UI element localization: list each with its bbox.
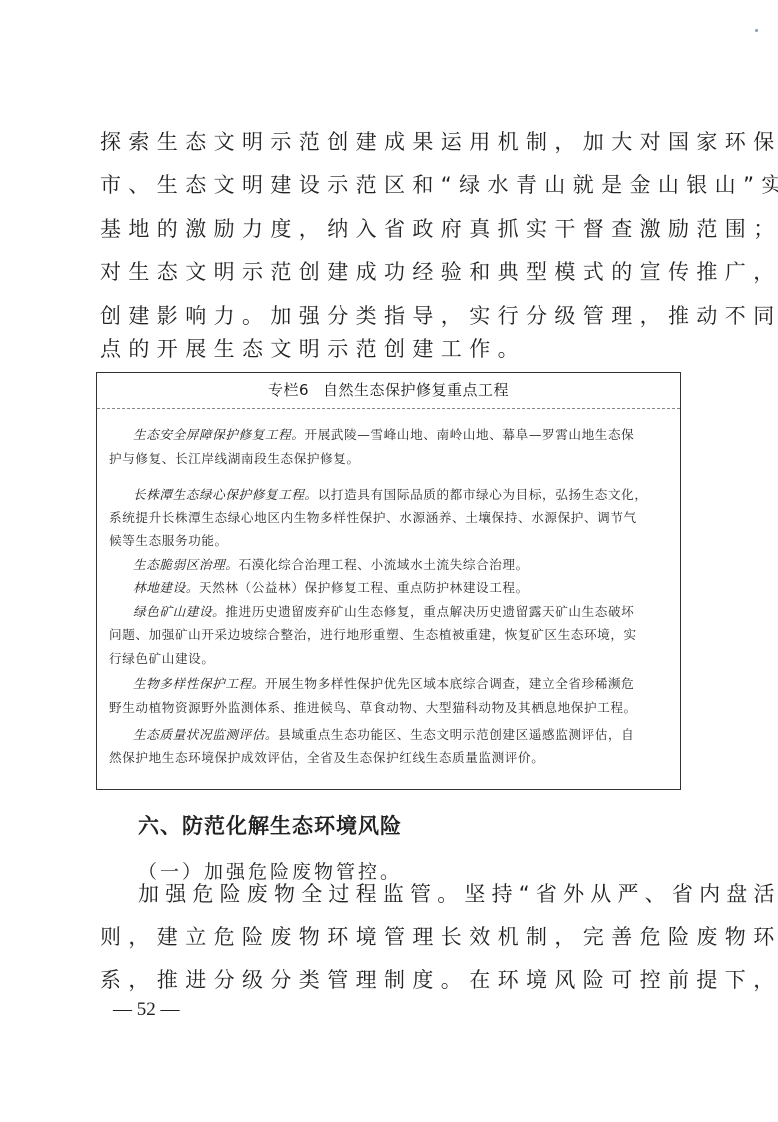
- box-item-5-line-3: 行绿色矿山建设。: [109, 650, 674, 668]
- box-item-4-line-1: 林地建设。天然林（公益林）保护修复工程、重点防护林建设工程。: [133, 579, 698, 597]
- intro-line-3: 基地的激励力度，纳入省政府真抓实干督查激励范围；持续加强: [100, 214, 690, 244]
- box-item-6-lead: 生物多样性保护工程。: [133, 676, 265, 691]
- box-title-text: 自然生态保护修复重点工程: [323, 381, 509, 399]
- box-item-2-line-1: 长株潭生态绿心保护修复工程。以打造具有国际品质的都市绿心为目标，弘扬生态文化，: [133, 486, 698, 504]
- intro-line-4: 对生态文明示范创建成功经验和典型模式的宣传推广，提升示范: [100, 257, 690, 287]
- intro-line-2: 市、生态文明建设示范区和“绿水青山就是金山银山”实践创新: [100, 170, 690, 200]
- box-item-2-line-3: 候等生态服务功能。: [109, 532, 674, 550]
- intro-line-6: 点的开展生态文明示范创建工作。: [100, 334, 690, 364]
- feature-box: 专栏6自然生态保护修复重点工程 生态安全屏障保护修复工程。开展武陵—雪峰山地、南…: [96, 372, 681, 790]
- body-line-1: 加强危险废物全过程监管。坚持“省外从严、省内盘活”原: [138, 879, 690, 909]
- box-item-2-line-2: 系统提升长株潭生态绿心地区内生物多样性保护、水源涵养、土壤保持、水源保护、调节气: [109, 509, 674, 527]
- box-item-5-line-2: 问题、加强矿山开采边坡综合整治，进行地形重塑、生态植被重建，恢复矿区生态环境，实: [109, 626, 674, 644]
- body-line-3: 系，推进分级分类管理制度。在环境风险可控前提下，开展危险: [100, 965, 690, 995]
- box-title-number: 专栏6: [268, 381, 309, 399]
- box-title: 专栏6自然生态保护修复重点工程: [97, 373, 680, 409]
- box-item-5-line-1: 绿色矿山建设。推进历史遗留废弃矿山生态修复，重点解决历史遗留露天矿山生态破坏: [133, 603, 698, 621]
- section-heading: 六、防范化解生态环境风险: [138, 811, 402, 841]
- box-item-2-lead: 长株潭生态绿心保护修复工程。: [133, 487, 318, 502]
- box-item-6-line-2: 野生动植物资源野外监测体系、推进候鸟、草食动物、大型猫科动物及其栖息地保护工程。: [109, 699, 674, 717]
- box-item-7-line-1: 生态质量状况监测评估。县域重点生态功能区、生态文明示范创建区遥感监测评估，自: [133, 726, 698, 744]
- box-item-7-lead: 生态质量状况监测评估。: [133, 727, 278, 742]
- box-item-1-lead: 生态安全屏障保护修复工程。: [133, 427, 305, 442]
- box-item-6-line-1: 生物多样性保护工程。开展生物多样性保护优先区域本底综合调查，建立全省珍稀濒危: [133, 675, 698, 693]
- box-item-3-line-1: 生态脆弱区治理。石漠化综合治理工程、小流域水土流失综合治理。: [133, 556, 698, 574]
- box-item-1-line-2: 护与修复、长江岸线湖南段生态保护修复。: [109, 450, 674, 468]
- box-item-4-lead: 林地建设。: [133, 580, 199, 595]
- intro-line-5: 创建影响力。加强分类指导，实行分级管理，推动不同地区有重: [100, 301, 690, 331]
- page-number: — 52 —: [113, 997, 180, 1023]
- body-line-2: 则，建立危险废物环境管理长效机制，完善危险废物环境管理体: [100, 922, 690, 952]
- scan-speck: [755, 29, 758, 32]
- box-item-7-line-2: 然保护地生态环境保护成效评估，全省及生态保护红线生态质量监测评价。: [109, 749, 674, 767]
- box-item-3-lead: 生态脆弱区治理。: [133, 557, 239, 572]
- box-item-5-lead: 绿色矿山建设。: [133, 604, 225, 619]
- box-item-1-line-1: 生态安全屏障保护修复工程。开展武陵—雪峰山地、南岭山地、幕阜—罗霄山地生态保: [133, 426, 698, 444]
- intro-line-1: 探索生态文明示范创建成果运用机制，加大对国家环保模范城: [100, 127, 690, 157]
